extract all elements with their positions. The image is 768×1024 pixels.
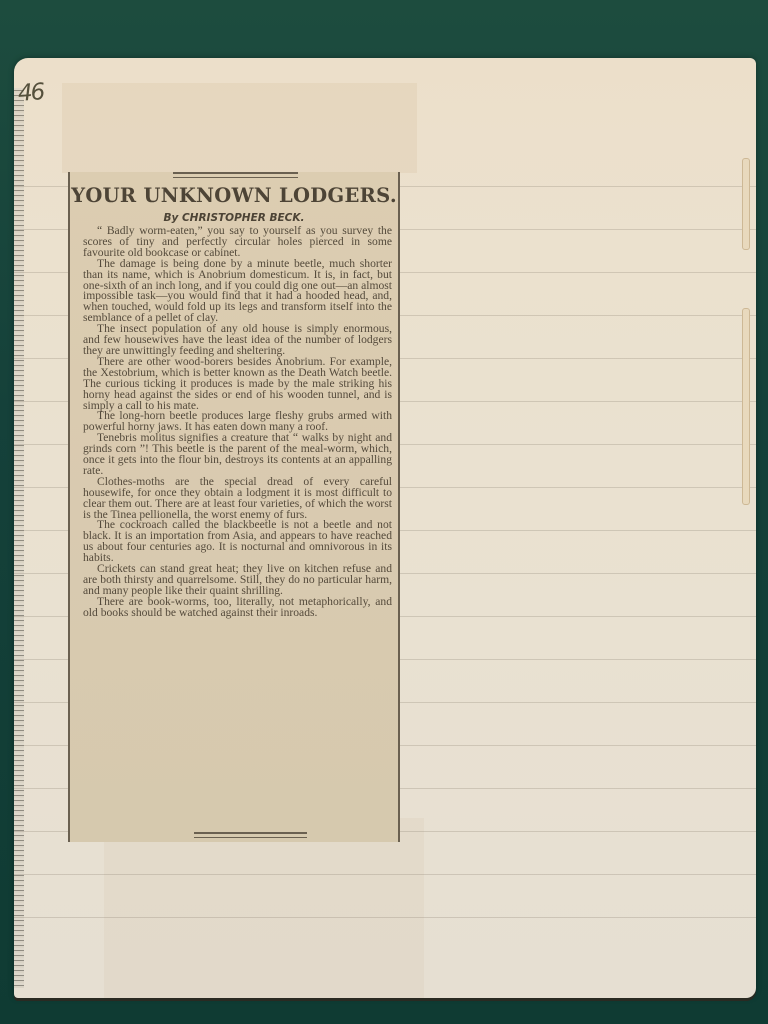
paragraph: Clothes-moths are the special dread of e… <box>83 477 392 521</box>
paragraph: There are book-worms, too, literally, no… <box>83 597 392 619</box>
paragraph: The long-horn beetle produces large fles… <box>83 411 392 433</box>
paragraph: The insect population of any old house i… <box>83 324 392 357</box>
clipping-headline: YOUR UNKNOWN LODGERS. <box>70 184 398 207</box>
clipping-body: “ Badly worm-eaten,” you say to yourself… <box>83 226 392 619</box>
paragraph: The damage is being done by a minute bee… <box>83 259 392 324</box>
paragraph: “ Badly worm-eaten,” you say to yourself… <box>83 226 392 259</box>
top-rule <box>173 172 298 178</box>
newspaper-clipping: YOUR UNKNOWN LODGERS. By CHRISTOPHER BEC… <box>68 172 400 842</box>
paragraph: There are other wood-borers besides Anob… <box>83 357 392 412</box>
paragraph: Tenebris molitus signifies a creature th… <box>83 433 392 477</box>
handwritten-page-number: 46 <box>17 79 44 107</box>
scrapbook-page: 46 YOUR UNKNOWN LODGERS. By CHRISTOPHER … <box>14 58 756 998</box>
bottom-rule <box>194 832 307 838</box>
clipping-byline: By CHRISTOPHER BECK. <box>70 212 398 224</box>
binding-tab-upper <box>742 158 750 250</box>
paragraph: Crickets can stand great heat; they live… <box>83 564 392 597</box>
binding-tab-lower <box>742 308 750 505</box>
paragraph: The cockroach called the blackbeetle is … <box>83 520 392 564</box>
